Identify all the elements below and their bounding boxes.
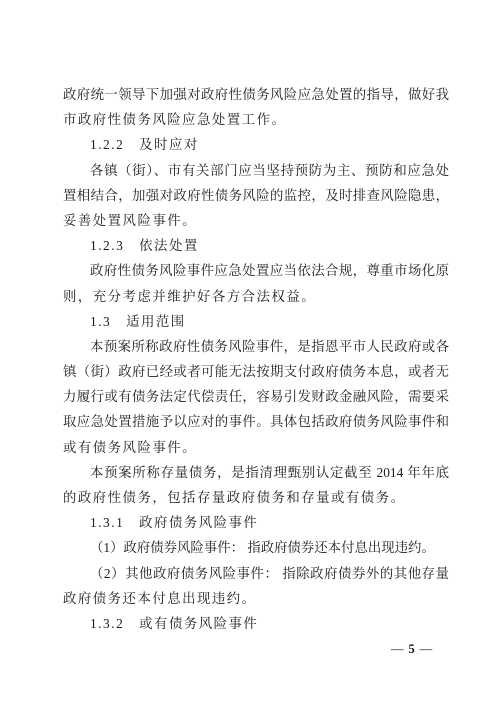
- page-number: —5—: [391, 640, 432, 658]
- body-line: 市政府性债务风险应急处置工作。: [63, 107, 449, 132]
- body-line: 的政府性债务，包括存量政府债务和存量或有债务。: [63, 485, 449, 510]
- document-page: 政府统一领导下加强对政府性债务风险应急处置的指导，做好我 市政府性债务风险应急处…: [0, 0, 504, 715]
- body-line: 政府性债务风险事件应急处置应当依法合规，尊重市场化原: [63, 258, 449, 283]
- section-heading-123: 1.2.3 依法处置: [63, 233, 449, 258]
- list-item-2: （2）其他政府债务风险事件： 指除政府债券外的其他存量: [63, 561, 449, 586]
- page-number-dash-right: —: [420, 642, 433, 656]
- document-body: 政府统一领导下加强对政府性债务风险应急处置的指导，做好我 市政府性债务风险应急处…: [63, 82, 449, 636]
- page-number-value: 5: [409, 642, 415, 656]
- body-line: 妥善处置风险事件。: [63, 208, 449, 233]
- section-heading-122: 1.2.2 及时应对: [63, 132, 449, 157]
- body-line: 则，充分考虑并维护好各方合法权益。: [63, 284, 449, 309]
- body-line: 或有债务风险事件。: [63, 435, 449, 460]
- body-line: 镇（街）政府已经或者可能无法按期支付政府债务本息，或者无: [63, 359, 449, 384]
- body-line: 各镇（街）、市有关部门应当坚持预防为主、预防和应急处: [63, 158, 449, 183]
- body-line: 政府债务还本付息出现违约。: [63, 586, 449, 611]
- list-item-1: （1）政府债券风险事件： 指政府债券还本付息出现违约。: [63, 535, 449, 560]
- page-number-dash-left: —: [391, 642, 404, 656]
- body-line: 取应急处置措施予以应对的事件。具体包括政府债务风险事件和: [63, 409, 449, 434]
- section-heading-132: 1.3.2 或有债务风险事件: [63, 611, 449, 636]
- body-line: 本预案所称政府性债务风险事件，是指恩平市人民政府或各: [63, 334, 449, 359]
- body-line: 置相结合，加强对政府性债务风险的监控，及时排查风险隐患，: [63, 183, 449, 208]
- section-heading-13: 1.3 适用范围: [63, 309, 449, 334]
- body-line: 政府统一领导下加强对政府性债务风险应急处置的指导，做好我: [63, 82, 449, 107]
- body-line: 力履行或有债务法定代偿责任，容易引发财政金融风险，需要采: [63, 384, 449, 409]
- section-heading-131: 1.3.1 政府债务风险事件: [63, 510, 449, 535]
- body-line: 本预案所称存量债务，是指清理甄别认定截至 2014 年年底: [63, 460, 449, 485]
